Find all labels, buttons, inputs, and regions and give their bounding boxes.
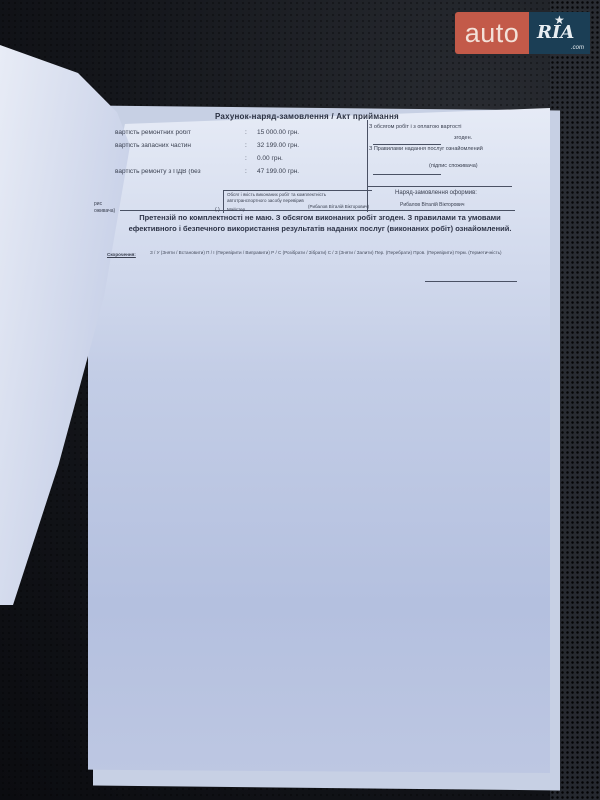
- customer-consent-block: З обсягом робіт і з оплатою вартості зго…: [369, 124, 519, 174]
- inspection-text: Обсяг і якість виконаних робіт та компле…: [227, 192, 326, 197]
- logo-com-text: .com: [571, 45, 584, 51]
- autoria-watermark: auto ★ RIA .com: [455, 12, 590, 54]
- customer-statement: Претензій по комплектності не маю. З обс…: [125, 212, 515, 234]
- left-label: рис: [94, 201, 102, 207]
- signature-line: [425, 281, 517, 282]
- cost-label: вартість ремонтних робіт: [115, 130, 235, 137]
- issued-by-name: Рибалов Віталій Вікторович: [400, 202, 464, 208]
- signature-line: [373, 144, 441, 145]
- inspection-text: автотранспортного засобу перевірив: [227, 198, 304, 203]
- issued-by-label: Наряд-замовлення оформив:: [395, 190, 477, 196]
- signature-caption: (підпис споживача): [369, 163, 519, 174]
- divider-line: [367, 186, 512, 187]
- cost-label: вартість запасних частин: [115, 143, 235, 150]
- cost-label: вартість ремонту з ПДВ (без: [115, 169, 235, 176]
- rules-line: З Правилами надання послуг ознайомлений: [369, 146, 519, 157]
- cost-value: 15 000.00 грн.: [257, 130, 299, 137]
- logo-auto: auto: [455, 12, 529, 54]
- legend-label: Скорочення:: [107, 252, 136, 257]
- cost-value: 0.00 грн.: [257, 156, 283, 163]
- consent-line: З обсягом робіт і з оплатою вартості: [369, 124, 519, 135]
- cost-colon: :: [245, 143, 247, 150]
- document-title: Рахунок-наряд-замовлення / Акт приймання: [215, 112, 399, 121]
- cost-colon: :: [245, 130, 247, 137]
- cost-colon: :: [245, 169, 247, 176]
- logo-ria: ★ RIA .com: [529, 12, 590, 54]
- inspection-box: Обсяг і якість виконаних робіт та компле…: [223, 190, 372, 213]
- logo-ria-text: RIA: [537, 22, 574, 43]
- cost-value: 47 199.00 грн.: [257, 169, 299, 176]
- abbreviation-legend: З / У (Зняти / Встановити) П / І (Переві…: [150, 250, 502, 255]
- cost-value: 32 199.00 грн.: [257, 143, 299, 150]
- inspector-name: (Рибалов Віталій Вікторович): [308, 204, 369, 209]
- cost-colon: :: [245, 156, 247, 163]
- left-label: оживача): [94, 208, 115, 214]
- signature-line: [373, 174, 441, 175]
